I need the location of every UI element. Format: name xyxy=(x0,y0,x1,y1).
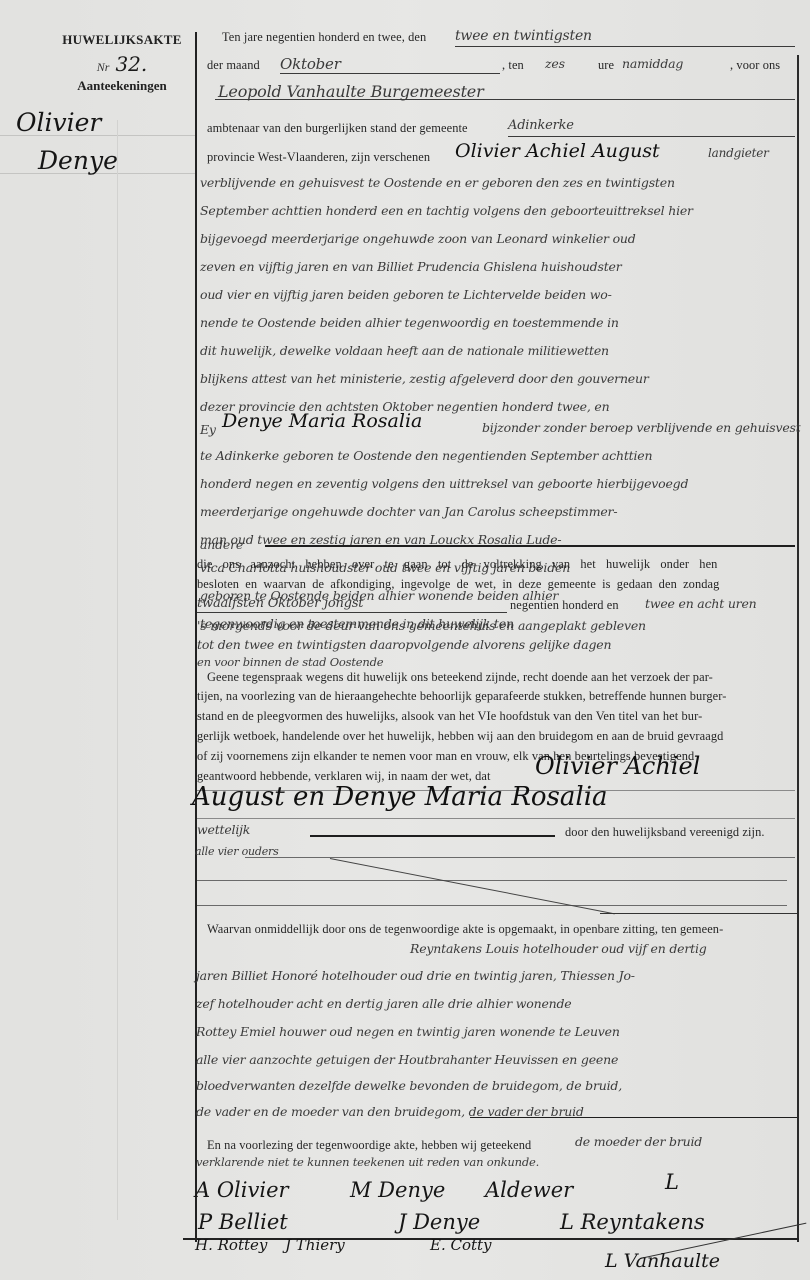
signature-witness-thiery: J Thiery xyxy=(285,1236,345,1254)
proclamation-hand-line: tot den twee en twintigsten daaropvolgen… xyxy=(197,637,611,652)
groom-name-handwritten: Olivier Achiel August xyxy=(455,140,660,162)
spouses-names-line-2: August en Denye Maria Rosalia xyxy=(192,782,608,812)
closing-hand-a: de moeder der bruid xyxy=(575,1134,702,1149)
groom-detail-line: bijgevoegd meerderjarige ongehuwde zoon … xyxy=(200,231,636,246)
fill-line xyxy=(455,46,795,47)
signature-witness-rottey: H. Rottey xyxy=(195,1236,267,1254)
groom-profession-handwritten: landgieter xyxy=(708,146,769,160)
proclamation-hand-line: 's morgends voor de deur van ons gemeent… xyxy=(197,618,646,633)
closing-hand-b: verklarende niet te kunnen teekenen uit … xyxy=(196,1155,539,1169)
groom-detail-line: blijkens attest van het ministerie, zest… xyxy=(200,371,649,386)
fill-line xyxy=(310,835,555,837)
fill-line xyxy=(197,905,787,906)
ceremony-line: tijen, na voorlezing van de hieraangehec… xyxy=(197,689,726,704)
fill-line xyxy=(470,1117,797,1118)
fill-line xyxy=(508,136,795,137)
signature-witness-reyntakens: L Reyntakens xyxy=(560,1210,705,1234)
legally-handwritten: wettelijk xyxy=(197,822,250,837)
intro-line-2d: , voor ons xyxy=(730,58,780,73)
witness-hand-line: alle vier aanzochte getuigen der Houtbra… xyxy=(196,1052,618,1067)
witness-hand-line: bloedverwanten dezelfde dewelke bevonden… xyxy=(196,1078,622,1093)
proclamation-hand-line: en voor binnen de stad Oostende xyxy=(197,655,383,669)
spouses-names-line-1: Olivier Achiel xyxy=(535,752,700,780)
fill-line xyxy=(600,913,797,914)
number-value: 32. xyxy=(115,52,147,76)
fill-line xyxy=(265,545,795,547)
witness-hand-line: Rottey Emiel houwer oud negen en twintig… xyxy=(196,1024,620,1039)
intro-line-4: ambtenaar van den burgerlijken stand der… xyxy=(207,121,468,136)
fill-line xyxy=(197,818,795,819)
signature-mother-groom: P Belliet xyxy=(198,1210,288,1234)
closing-line: En na voorlezing der tegenwoordige akte,… xyxy=(207,1138,531,1153)
intro-month-handwritten: Oktober xyxy=(280,55,341,73)
intro-day-handwritten: twee en twintigsten xyxy=(455,28,592,44)
document-title: HUWELIJKSAKTE xyxy=(60,32,184,48)
proclamation-hour-handwritten: twee en acht uren xyxy=(645,596,757,611)
witness-hand-line: Reyntakens Louis hotelhouder oud vijf en… xyxy=(410,941,707,956)
margin-note-groom: Olivier xyxy=(16,108,101,137)
act-number: Nr32. xyxy=(60,52,184,76)
marriage-certificate-page: HUWELIJKSAKTE Nr32. Aanteekeningen Olivi… xyxy=(0,0,810,1280)
union-declaration: door den huwelijksband vereenigd zijn. xyxy=(565,825,765,840)
intro-line-2b: , ten xyxy=(502,58,524,73)
fill-line xyxy=(215,99,795,100)
fill-line xyxy=(197,880,787,881)
signature-witness: Aldewer xyxy=(485,1178,573,1202)
proclamation-line-2: besloten en waarvan de afkondiging, inge… xyxy=(197,577,719,592)
ceremony-line: gerlijk wetboek, handelende over het huw… xyxy=(197,729,723,744)
bride-prefix-handwritten: Ey xyxy=(200,422,216,437)
witnesses-line-1: Waarvan onmiddellijk door ons de tegenwo… xyxy=(207,922,723,937)
bride-detail-line: meerderjarige ongehuwde dochter van Jan … xyxy=(200,504,617,519)
signature-bride: M Denye xyxy=(350,1178,445,1202)
proclamation-line-3: negentien honderd en xyxy=(510,598,619,613)
signature-father-bride: J Denye xyxy=(398,1210,480,1234)
signature-mayor: L Vanhaulte xyxy=(605,1250,720,1272)
margin-note-bride: Denye xyxy=(38,146,118,175)
bride-name-handwritten: Denye Maria Rosalia xyxy=(222,410,422,432)
groom-detail-line: zeven en vijftig jaren en van Billiet Pr… xyxy=(200,259,622,274)
intro-line-2c: ure xyxy=(598,58,614,73)
ceremony-line: Geene tegenspraak wegens dit huwelijk on… xyxy=(207,670,713,685)
groom-detail-line: dit huwelijk, dewelke voldaan heeft aan … xyxy=(200,343,609,358)
intro-line-1: Ten jare negentien honderd en twee, den xyxy=(222,30,426,45)
fill-line xyxy=(245,857,795,858)
signature-groom: A Olivier xyxy=(195,1178,289,1202)
bride-detail-line: bijzonder zonder beroep verblijvende en … xyxy=(482,420,801,435)
intro-time-handwritten: namiddag xyxy=(622,56,683,71)
bride-detail-line: honderd negen en zeventig volgens den ui… xyxy=(200,476,688,491)
groom-detail-line: verblijvende en gehuisvest te Oostende e… xyxy=(200,175,675,190)
witness-hand-line: jaren Billiet Honoré hotelhouder oud dri… xyxy=(196,968,635,983)
signature-mark: L xyxy=(665,1170,679,1194)
fill-line xyxy=(197,612,507,613)
annotations-heading: Aanteekeningen xyxy=(60,78,184,94)
intro-line-2a: der maand xyxy=(207,58,260,73)
proclamation-date-handwritten: twaalfsten Oktober jongst xyxy=(197,596,363,611)
proclamation-line-1: die ons aanzocht hebben over te gaan tot… xyxy=(197,557,717,572)
fill-line xyxy=(280,73,500,74)
ceremony-line: stand en de pleegvormen des huwelijks, a… xyxy=(197,709,702,724)
margin-vertical-rule xyxy=(117,120,118,1220)
signature-witness-cotty: E. Cotty xyxy=(430,1236,492,1254)
groom-detail-line: nende te Oostende beiden alhier tegenwoo… xyxy=(200,315,619,330)
bride-detail-last: andere xyxy=(200,537,243,552)
groom-detail-line: September achttien honderd een en tachti… xyxy=(200,203,693,218)
frame-right-border xyxy=(797,55,799,1242)
bride-detail-line: te Adinkerke geboren te Oostende den neg… xyxy=(200,448,652,463)
number-label: Nr xyxy=(97,60,110,74)
intro-hour-handwritten: zes xyxy=(545,56,565,71)
municipality-handwritten: Adinkerke xyxy=(508,118,574,133)
witness-hand-line: zef hotelhouder acht en dertig jaren all… xyxy=(196,996,572,1011)
groom-detail-line: oud vier en vijftig jaren beiden geboren… xyxy=(200,287,612,302)
intro-line-5: provincie West-Vlaanderen, zijn verschen… xyxy=(207,150,430,165)
